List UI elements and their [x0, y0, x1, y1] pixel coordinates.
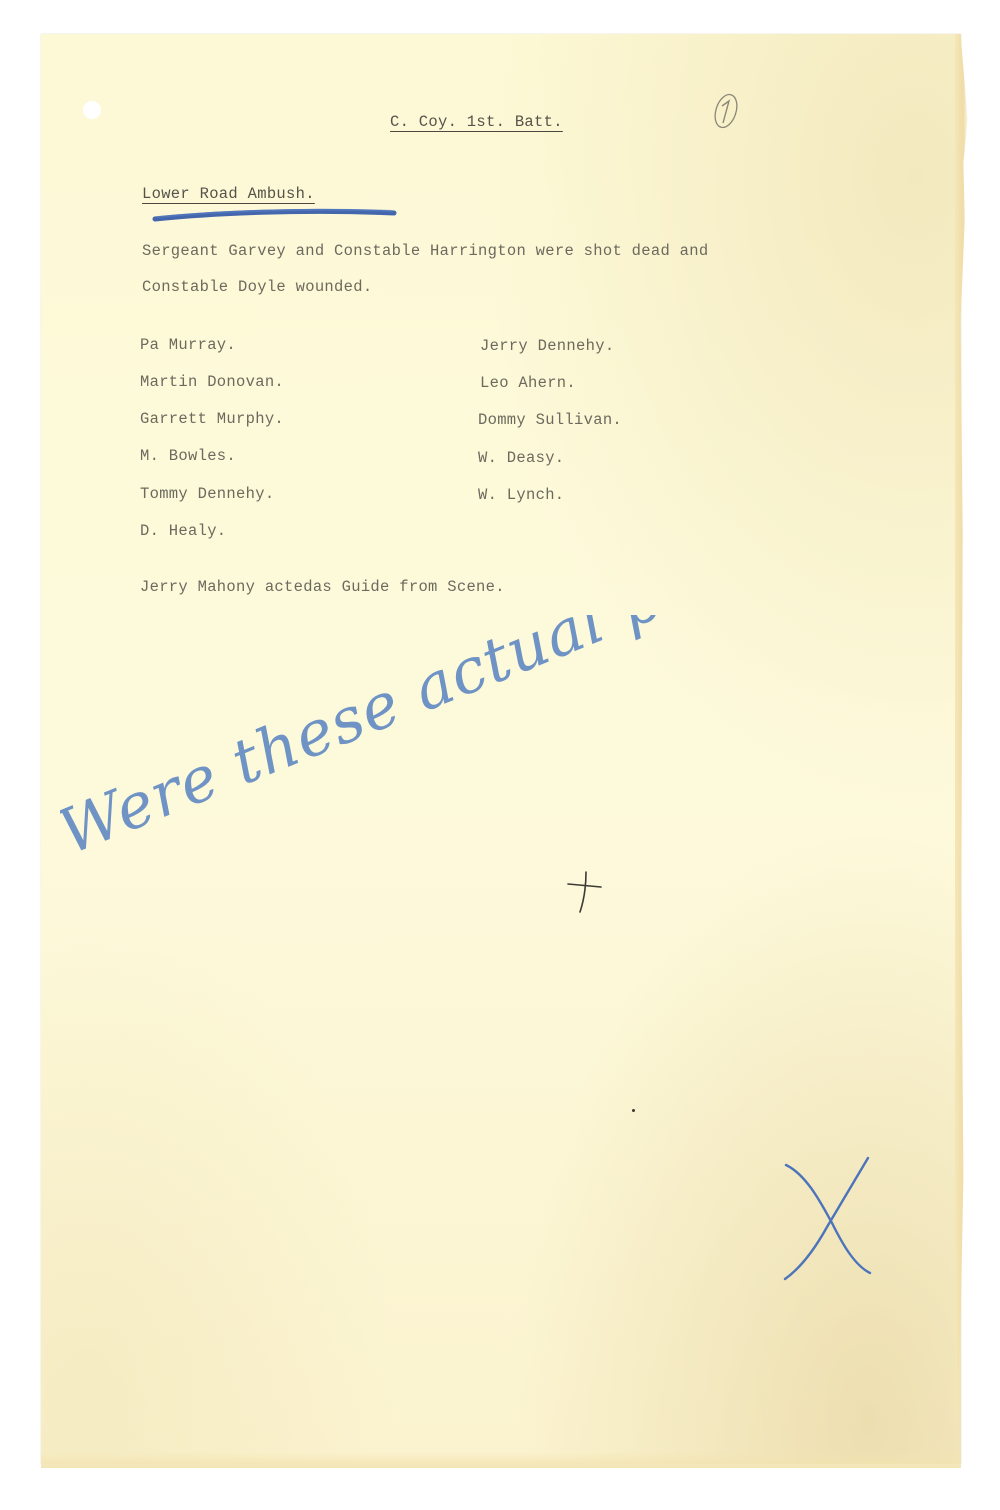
participant-name: M. Bowles. [140, 449, 236, 465]
worn-bottom-edge [41, 1452, 961, 1468]
blue-pencil-underline-icon [152, 205, 397, 223]
participant-name: Martin Donovan. [140, 375, 284, 391]
participant-name: W. Deasy. [478, 451, 564, 467]
handwritten-annotation-text: Were these actual participants? [60, 615, 760, 869]
participant-name: D. Healy. [140, 524, 226, 540]
circled-page-number-icon [712, 90, 740, 132]
document-title: Lower Road Ambush. [142, 187, 315, 203]
participant-name: Dommy Sullivan. [478, 413, 622, 429]
document-header: C. Coy. 1st. Batt. [390, 115, 563, 131]
guide-note: Jerry Mahony actedas Guide from Scene. [140, 580, 505, 596]
participant-name: Pa Murray. [140, 338, 236, 354]
participant-name: Garrett Murphy. [140, 412, 284, 428]
punch-hole [83, 101, 101, 119]
participant-name: Tommy Dennehy. [140, 487, 274, 503]
participant-name: Leo Ahern. [480, 376, 576, 392]
handwritten-annotation: Were these actual participants? [60, 615, 760, 875]
blue-x-mark-icon [782, 1155, 874, 1285]
participant-name: W. Lynch. [478, 488, 564, 504]
ink-speck [632, 1109, 635, 1112]
torn-right-edge [955, 34, 969, 1464]
summary-line-2: Constable Doyle wounded. [142, 280, 372, 296]
summary-line-1: Sergeant Garvey and Constable Harrington… [142, 244, 709, 260]
participant-name: Jerry Dennehy. [480, 339, 614, 355]
plus-mark-icon [565, 868, 605, 916]
